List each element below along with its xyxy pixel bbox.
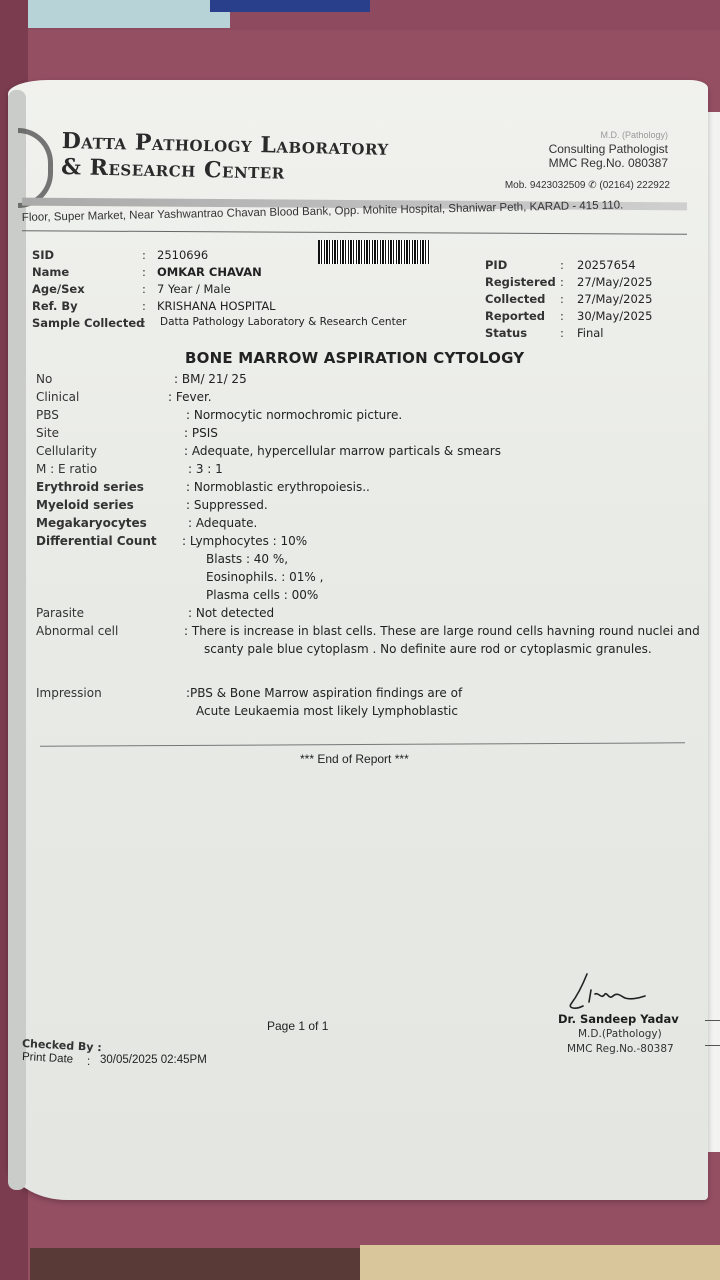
age-sex-value: 7 Year / Male — [157, 282, 231, 296]
lab-name: Datta Pathology Laboratory & Research Ce… — [61, 128, 389, 187]
ref-by-value: KRISHANA HOSPITAL — [157, 299, 276, 313]
doctor-name: Dr. Sandeep Yadav — [558, 1012, 679, 1026]
registered-value: 27/May/2025 — [577, 275, 652, 289]
header-divider — [22, 230, 687, 234]
sheet-edge-line — [705, 1045, 720, 1046]
print-date-label: Print Date — [22, 1051, 74, 1066]
collected-value: 27/May/2025 — [577, 292, 652, 306]
pid-value: 20257654 — [577, 258, 636, 272]
status-value: Final — [577, 326, 604, 340]
page-number: Page 1 of 1 — [267, 1019, 328, 1033]
consultant-info: M.D. (Pathology) Consulting Pathologist … — [549, 128, 668, 170]
sid-value: 2510696 — [157, 248, 208, 262]
sheet-edge-line — [705, 1020, 720, 1021]
end-of-report: *** End of Report *** — [300, 752, 409, 766]
doctor-degree: M.D.(Pathology) — [578, 1028, 662, 1040]
signature-icon — [565, 970, 660, 1012]
doctor-registration: MMC Reg.No.-80387 — [567, 1043, 674, 1055]
reported-value: 30/May/2025 — [577, 309, 652, 323]
lab-report: Datta Pathology Laboratory & Research Ce… — [0, 0, 720, 1280]
patient-name: OMKAR CHAVAN — [157, 265, 262, 279]
contact-numbers: Mob. 9423032509 ✆ (02164) 222922 — [505, 180, 670, 191]
print-date-value: 30/05/2025 02:45PM — [100, 1054, 207, 1066]
report-title: BONE MARROW ASPIRATION CYTOLOGY — [185, 349, 524, 367]
report-end-divider — [40, 742, 685, 746]
sample-collected-value: Datta Pathology Laboratory & Research Ce… — [160, 316, 406, 328]
lab-logo-icon — [18, 128, 53, 208]
barcode — [318, 240, 430, 264]
